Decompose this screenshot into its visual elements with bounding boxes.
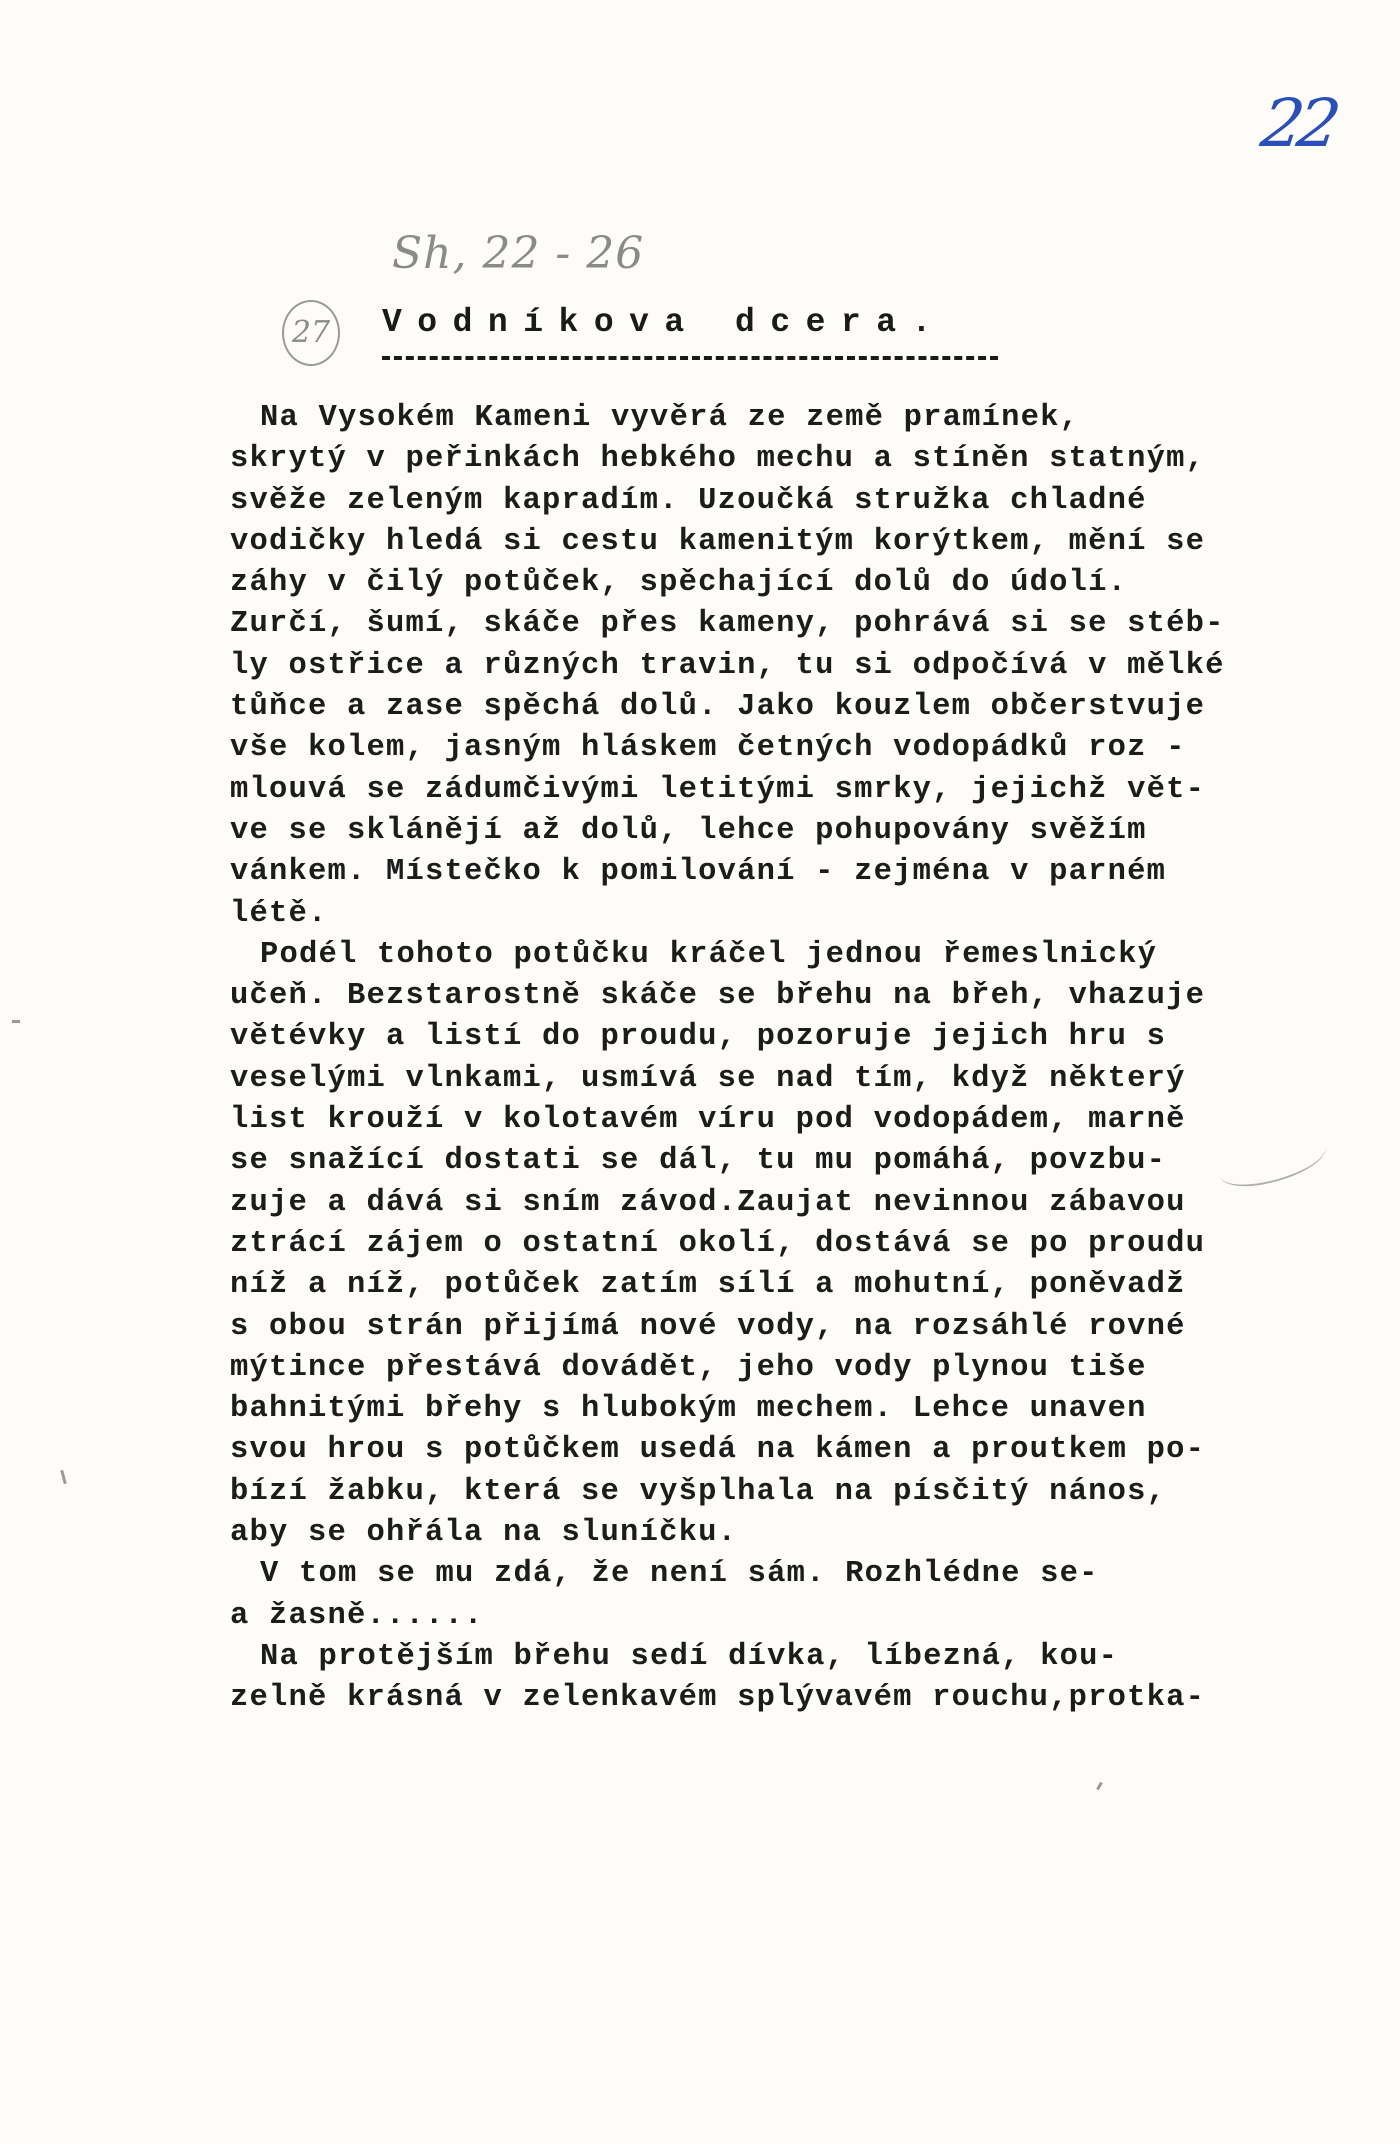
text-line: svou hrou s potůčkem usedá na kámen a pr…	[230, 1430, 1230, 1471]
text-line: učeň. Bezstarostně skáče se břehu na bře…	[230, 976, 1230, 1017]
text-line: záhy v čilý potůček, spěchající dolů do …	[230, 563, 1230, 604]
text-line: veselými vlnkami, usmívá se nad tím, kdy…	[230, 1059, 1230, 1100]
document-title: Vodníkova dcera.	[382, 304, 947, 341]
text-line: níž a níž, potůček zatím sílí a mohutní,…	[230, 1265, 1230, 1306]
text-line: vodičky hledá si cestu kamenitým korýtke…	[230, 522, 1230, 563]
text-line: skrytý v peřinkách hebkého mechu a stíně…	[230, 439, 1230, 480]
text-line: Na protějším břehu sedí dívka, líbezná, …	[230, 1637, 1230, 1678]
text-line: a žasně......	[230, 1596, 1230, 1637]
text-line: V tom se mu zdá, že není sám. Rozhlédne …	[230, 1554, 1230, 1595]
text-line: ly ostřice a různých travin, tu si odpoč…	[230, 646, 1230, 687]
text-line: Podél tohoto potůčku kráčel jednou řemes…	[230, 935, 1230, 976]
text-line: větévky a listí do proudu, pozoruje jeji…	[230, 1017, 1230, 1058]
text-line: bízí žabku, která se vyšplhala na písčit…	[230, 1472, 1230, 1513]
text-line: ztrácí zájem o ostatní okolí, dostává se…	[230, 1224, 1230, 1265]
text-line: se snažící dostati se dál, tu mu pomáhá,…	[230, 1141, 1230, 1182]
text-line: Na Vysokém Kameni vyvěrá ze země pramíne…	[230, 398, 1230, 439]
text-line: zelně krásná v zelenkavém splývavém rouc…	[230, 1678, 1230, 1719]
text-line: vše kolem, jasným hláskem četných vodopá…	[230, 728, 1230, 769]
text-line: svěže zeleným kapradím. Uzoučká stružka …	[230, 481, 1230, 522]
archive-reference-annotation: Sh, 22 - 26	[392, 228, 644, 279]
text-line: mýtince přestává dovádět, jeho vody plyn…	[230, 1348, 1230, 1389]
text-line: bahnitými břehy s hlubokým mechem. Lehce…	[230, 1389, 1230, 1430]
text-line: s obou strán přijímá nové vody, na rozsá…	[230, 1307, 1230, 1348]
story-number-circle: 27	[282, 300, 340, 366]
title-underline	[382, 356, 998, 360]
margin-speck	[1096, 1782, 1103, 1790]
text-line: tůňce a zase spěchá dolů. Jako kouzlem o…	[230, 687, 1230, 728]
text-line: ve se sklánějí až dolů, lehce pohupovány…	[230, 811, 1230, 852]
text-line: Zurčí, šumí, skáče přes kameny, pohrává …	[230, 604, 1230, 645]
text-line: list krouží v kolotavém víru pod vodopád…	[230, 1100, 1230, 1141]
margin-speck	[12, 1020, 20, 1023]
text-line: létě.	[230, 894, 1230, 935]
text-line: mlouvá se zádumčivými letitými smrky, je…	[230, 770, 1230, 811]
pencil-stroke	[1215, 1129, 1331, 1193]
text-line: aby se ohřála na sluníčku.	[230, 1513, 1230, 1554]
margin-speck	[60, 1470, 67, 1484]
document-body: Na Vysokém Kameni vyvěrá ze země pramíne…	[230, 398, 1230, 1720]
text-line: vánkem. Místečko k pomilování - zejména …	[230, 852, 1230, 893]
document-page: 22 Sh, 22 - 26 27 Vodníkova dcera. Na Vy…	[0, 0, 1400, 2144]
page-number-annotation: 22	[1257, 85, 1340, 162]
text-line: zuje a dává si sním závod.Zaujat nevinno…	[230, 1183, 1230, 1224]
